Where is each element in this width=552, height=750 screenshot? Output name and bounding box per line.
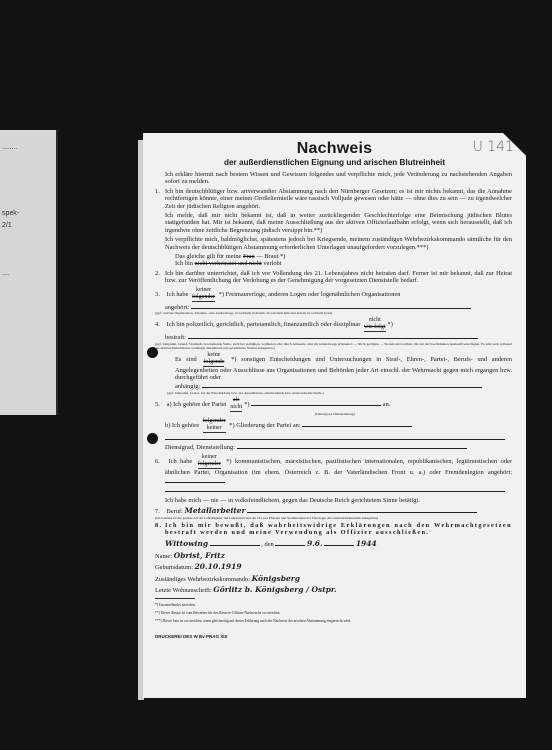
name-row: Name: Obrist, Fritz <box>155 552 512 560</box>
name-value: Obrist, Fritz <box>174 551 225 560</box>
address-value: Görlitz b. Königsberg / Ostpr. <box>213 585 337 594</box>
blank-line <box>191 302 471 309</box>
blank-line <box>247 506 477 513</box>
blank-line <box>251 399 381 406</box>
item-5a: 5. a) Ich gehöre der Partei alsnicht*) a… <box>155 397 512 412</box>
document-page: Nachweis der außerdienstlichen Eignung u… <box>143 133 526 698</box>
birth-row: Geburtsdatum: 20.10.1919 <box>155 563 512 571</box>
signature-place-date: Wittowing , den 9.6. 1944 <box>155 539 512 548</box>
command-row: Zuständiges Wehrbezirkskommando: Königsb… <box>155 575 512 583</box>
occupation-value: Metallarbeiter <box>185 506 246 515</box>
left-page-text: 2/1 <box>2 222 12 229</box>
choice-field: keinerfolgender <box>192 287 215 302</box>
choice-field: alsnicht <box>230 397 242 412</box>
blank-line <box>302 420 412 427</box>
item-1: 1.Ich bin deutschblütiger bzw. artverwan… <box>155 188 512 210</box>
document-subtitle: der außerdienstlichen Eignung und arisch… <box>143 158 526 167</box>
intro-text: Ich erkläre hiermit nach bestem Wissen u… <box>155 171 512 186</box>
item-4: 4. Ich bin polizeilich, gerichtlich, par… <box>155 317 512 341</box>
year-value: 1944 <box>356 539 377 548</box>
birth-value: 20.10.1919 <box>195 562 242 571</box>
footnote: **) Dieser Absatz ist vom Bewerber für d… <box>155 611 512 615</box>
choice-field: keinerfolgender <box>198 454 221 469</box>
item-4-p2: Es sind keinefolgende *) sonstigen Entsc… <box>155 352 512 391</box>
choice-field: nichtwie folgt <box>364 317 386 332</box>
left-page-text: ........ <box>2 144 18 151</box>
item-6: 6. Ich habe keinerfolgender *) kommunist… <box>155 454 512 495</box>
item-8: 8.Ich bin mir bewußt, daß wahrheitswidri… <box>155 522 512 537</box>
blank-line <box>237 442 467 449</box>
blank-line <box>188 332 478 339</box>
date-value: 9.6. <box>307 539 323 548</box>
choice-field: keinefolgende <box>203 352 224 367</box>
adjacent-page-fragment: ........ spek- 2/1 .... <box>0 130 58 415</box>
item-5b: b) Ich gehöre folgenderkeiner *) Glieder… <box>155 418 512 452</box>
item-1-p3: Ich verpflichte mich, baldmöglichst, spä… <box>155 236 512 251</box>
item-2: 2.Ich bin darüber unterrichtet, daß ich … <box>155 270 512 285</box>
item-6-p2: Ich habe mich — nie — in volksfeindliche… <box>155 497 512 504</box>
blank-line <box>202 381 482 388</box>
item-1-p2: Ich melde, daß mir nicht bekannt ist, da… <box>155 212 512 234</box>
footnote: ***) Dieser Satz ist zu streichen, wenn … <box>155 619 512 623</box>
address-row: Letzte Wohnanschrift: Görlitz b. Königsb… <box>155 586 512 594</box>
document-body: Ich erkläre hiermit nach bestem Wissen u… <box>155 171 512 641</box>
blank-line <box>165 433 505 440</box>
place-value: Wittowing <box>165 539 208 548</box>
blank-line <box>165 485 505 492</box>
blank-line <box>165 476 225 483</box>
item-4-p2-hint: (ggf. Zeitpunkt, Grund, Art der Entschei… <box>155 391 512 395</box>
item-3-hint: (ggf. welcher Organisation, Johannis- od… <box>155 311 512 315</box>
choice-field: folgenderkeiner <box>203 418 226 433</box>
command-value: Königsberg <box>252 574 300 583</box>
printer-imprint: DRUCKEREI DES W Bv PRAG XIX <box>155 633 512 640</box>
footnote: *) Unzutreffendes streichen. <box>155 603 512 607</box>
item-3: 3. Ich habe keinerfolgender *) Freimaure… <box>155 287 512 311</box>
item-5a-hint: (Dienstgrad, Dienststellung) <box>155 412 512 416</box>
item-1-p4: Das gleiche gilt für meine Frau — Braut … <box>155 253 512 268</box>
item-4-hint: (ggf. Zeitpunkt, Grund, Strafmaß, verurt… <box>155 342 512 350</box>
document-title: Nachweis <box>143 140 526 158</box>
item-7: 7. Beruf: Metallarbeiter <box>155 506 512 515</box>
archive-number: U 141 <box>473 139 514 155</box>
item-7-hint: (bei Lehrern ist die genaue Art der Lehr… <box>155 516 512 520</box>
left-page-text: .... <box>2 270 10 277</box>
left-page-text: spek- <box>2 210 19 217</box>
